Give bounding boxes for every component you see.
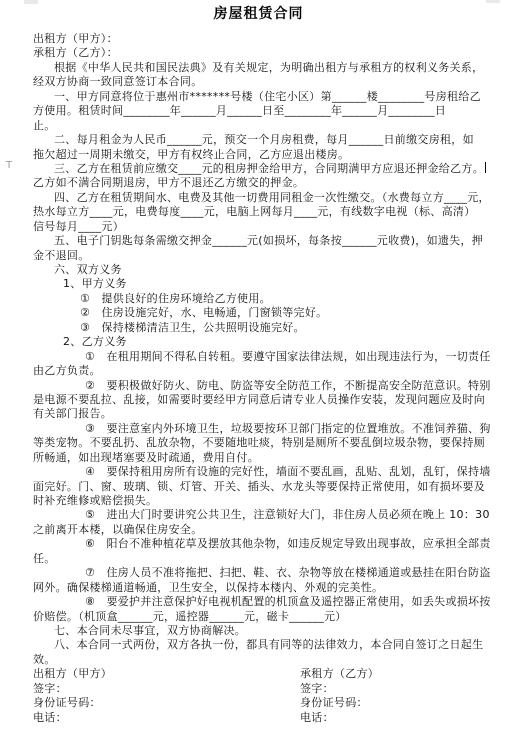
party-a-signature-field: 电话： — [33, 711, 300, 725]
party-b-signature-field: 承租方（乙方） — [300, 667, 379, 681]
text-line[interactable]: ⑦ 住房人员不准将拖把、扫把、鞋、衣、杂物等放在楼梯通道或悬挂在阳台防盗 — [33, 566, 487, 580]
party-b-signature-field: 电话： — [300, 711, 334, 725]
line-text: ⑤ 进出大门时要讲究公共卫生，注意锁好大门，非住房人员必须在晚上 10：30 — [85, 508, 490, 521]
line-text: 出租方（甲方）： — [33, 32, 118, 45]
text-line[interactable]: 金不退回。 — [33, 249, 487, 263]
text-line[interactable]: ④ 要保持租用房所有设施的完好性，墙面不要乱画，乱贴、乱划，乱钉，保持墙 — [33, 465, 487, 479]
party-a-signature-field: 出租方（甲方） — [33, 667, 300, 681]
text-line[interactable]: 是电源不要乱拉、乱接，如需要时要经甲方同意后请专业人员操作安装，发现问题应及时向 — [33, 393, 487, 407]
text-line[interactable]: 出租方（甲方）： — [33, 32, 487, 46]
text-line[interactable]: ② 住房设施完好，水、电畅通，门窗锁等完好。 — [33, 306, 487, 320]
text-line[interactable]: 网外。确保楼梯通道畅通，卫生安全，以保持本楼内、外观的完美性。 — [33, 581, 487, 595]
line-text: 根据《中华人民共和国民法典》及有关规定，为明确出租方与承租方的权利义务关系， — [54, 61, 483, 74]
line-text: 等类宠物。不要乱扔、乱放杂物，不要随地吐痰，特别是厕所不要乱倒垃圾杂物，要保持厕 — [33, 436, 485, 449]
line-text: 七、本合同未尽事宜，双方协商解决。 — [54, 624, 246, 637]
line-text: ⑧ 要爱护并注意保护好电视机配置的机顶盒及遥控器正常使用，如丢失或损坏按 — [85, 595, 491, 608]
line-text: ⑥ 阳台不准种植花草及摆放其他杂物，如违反规定导致出现事故，应承担全部责 — [85, 537, 491, 550]
line-text: 信号每月____元） — [33, 220, 124, 233]
signature-line[interactable]: 签字：签字： — [33, 682, 487, 696]
signature-line[interactable]: 出租方（甲方）承租方（乙方） — [33, 667, 487, 681]
text-line[interactable]: 有关部门报告。 — [33, 407, 487, 421]
party-a-signature-field: 身份证号码： — [33, 696, 300, 710]
document-body[interactable]: 出租方（甲方）：承租方（乙方）：根据《中华人民共和国民法典》及有关规定，为明确出… — [33, 32, 487, 725]
text-line[interactable]: 任。 — [33, 552, 487, 566]
line-text: 经双方协商一致同意签订本合同。 — [33, 75, 203, 88]
line-text: 止。 — [33, 119, 56, 132]
line-text: 由乙方负责。 — [33, 364, 101, 377]
line-text: ① 提供良好的住房环境给乙方使用。 — [80, 292, 271, 305]
line-text: 拖欠超过一周期未缴交，甲方有权终止合同，乙方应退出楼房。 — [33, 148, 349, 161]
line-text: 方使用。租赁时间________年______月______日至________… — [33, 104, 446, 117]
line-text: 1、甲方义务 — [63, 277, 127, 290]
document-title[interactable]: 房屋租赁合同 — [0, 4, 517, 24]
line-text: 之前离开本楼，以确保住房安全。 — [33, 523, 203, 536]
text-line[interactable]: 方使用。租赁时间________年______月______日至________… — [33, 104, 487, 118]
line-text: 乙方如不满合同期退房，甲方不退还乙方缴交的押金。 — [33, 176, 304, 189]
text-line[interactable]: 根据《中华人民共和国民法典》及有关规定，为明确出租方与承租方的权利义务关系， — [33, 61, 487, 75]
text-line[interactable]: 热水每立方____元，电费每度____元，电脑上网每月____元，有线数字电视（… — [33, 205, 487, 219]
line-text: ④ 要保持租用房所有设施的完好性，墙面不要乱画，乱贴、乱划，乱钉，保持墙 — [85, 465, 491, 478]
text-line[interactable]: 经双方协商一致同意签订本合同。 — [33, 75, 487, 89]
text-line[interactable]: 价赔偿。（机顶盒______元，遥控器______元，磁卡______元） — [33, 610, 487, 624]
text-cursor — [485, 162, 486, 173]
line-text: 五、电子门钥匙每条需缴交押金______元(如损坏，每条按______元收费)，… — [54, 234, 483, 247]
text-line[interactable]: 效。 — [33, 653, 487, 667]
line-text: 效。 — [33, 653, 56, 666]
text-line[interactable]: 承租方（乙方）： — [33, 46, 487, 60]
text-line[interactable]: ⑧ 要爱护并注意保护好电视机配置的机顶盒及遥控器正常使用，如丢失或损坏按 — [33, 595, 487, 609]
text-line[interactable]: 三、乙方在租赁前应缴交____元的租房押金给甲方，合同期满甲方应退还押金给乙方。 — [33, 162, 487, 176]
party-a-signature-field: 签字： — [33, 682, 300, 696]
line-text: 六、双方义务 — [54, 263, 122, 276]
text-line[interactable]: 2、乙方义务 — [33, 335, 487, 349]
text-line[interactable]: ② 要积极做好防火、防电、防盗等安全防范工作，不断提高安全防范意识。特别 — [33, 379, 487, 393]
line-text: 面完好。门、窗、玻璃、锁、灯管、开关、插头、水龙头等要保持正常使用，如有损坏要及 — [33, 480, 485, 493]
document-page[interactable]: T 房屋租赁合同 出租方（甲方）：承租方（乙方）：根据《中华人民共和国民法典》及… — [0, 0, 517, 742]
line-text: 是电源不要乱拉、乱接，如需要时要经甲方同意后请专业人员操作安装，发现问题应及时向 — [33, 393, 485, 406]
party-b-signature-field: 身份证号码： — [300, 696, 368, 710]
text-line[interactable]: 五、电子门钥匙每条需缴交押金______元(如损坏，每条按______元收费)，… — [33, 234, 487, 248]
text-line[interactable]: ③ 保持楼梯清洁卫生，公共照明设施完好。 — [33, 321, 487, 335]
text-line[interactable]: 四、乙方在租赁期间水、电费及其他一切费用同租金一次性缴交。（水费每立方____元… — [33, 191, 487, 205]
margin-marker-t: T — [6, 159, 20, 173]
line-text: 价赔偿。（机顶盒______元，遥控器______元，磁卡______元） — [33, 610, 347, 623]
line-text: ③ 保持楼梯清洁卫生，公共照明设施完好。 — [80, 321, 305, 334]
line-text: ③ 要注意室内外环境卫生，垃圾要按环卫部门指定的位置堆放。不准饲养猫、狗 — [85, 422, 491, 435]
text-line[interactable]: 止。 — [33, 119, 487, 133]
text-line[interactable]: ① 在租用期间不得私自转租。要遵守国家法律法规，如出现违法行为，一切责任 — [33, 350, 487, 364]
signature-line[interactable]: 电话：电话： — [33, 711, 487, 725]
line-text: 四、乙方在租赁期间水、电费及其他一切费用同租金一次性缴交。（水费每立方____元… — [54, 191, 490, 204]
line-text: 三、乙方在租赁前应缴交____元的租房押金给甲方，合同期满甲方应退还押金给乙方。 — [54, 162, 484, 175]
text-line[interactable]: 时补充维修或赔偿损失。 — [33, 494, 487, 508]
line-text: ② 住房设施完好，水、电畅通，门窗锁等完好。 — [80, 306, 327, 319]
line-text: ⑦ 住房人员不准将拖把、扫把、鞋、衣、杂物等放在楼梯通道或悬挂在阳台防盗 — [85, 566, 491, 579]
line-text: 网外。确保楼梯通道畅通，卫生安全，以保持本楼内、外观的完美性。 — [33, 581, 383, 594]
text-line[interactable]: ⑤ 进出大门时要讲究公共卫生，注意锁好大门，非住房人员必须在晚上 10：30 — [33, 508, 487, 522]
text-line[interactable]: 之前离开本楼，以确保住房安全。 — [33, 523, 487, 537]
text-line[interactable]: ⑥ 阳台不准种植花草及摆放其他杂物，如违反规定导致出现事故，应承担全部责 — [33, 537, 487, 551]
text-line[interactable]: 八、本合同一式两份，双方各执一份，都具有同等的法律效力，本合同自签订之日起生 — [33, 638, 487, 652]
text-line[interactable]: 由乙方负责。 — [33, 364, 487, 378]
line-text: 有关部门报告。 — [33, 407, 112, 420]
cropped-ui-fragment-left — [24, 0, 38, 4]
line-text: 热水每立方____元，电费每度____元，电脑上网每月____元，有线数字电视（… — [33, 205, 476, 218]
line-text: 金不退回。 — [33, 249, 90, 262]
text-line[interactable]: 信号每月____元） — [33, 220, 487, 234]
text-line[interactable]: 七、本合同未尽事宜，双方协商解决。 — [33, 624, 487, 638]
line-text: 任。 — [33, 552, 56, 565]
line-text: 八、本合同一式两份，双方各执一份，都具有同等的法律效力，本合同自签订之日起生 — [54, 638, 483, 651]
party-b-signature-field: 签字： — [300, 682, 334, 696]
text-line[interactable]: 一、甲方同意将位于惠州市*******号楼（住宅小区）第______楼_____… — [33, 90, 487, 104]
line-text: 2、乙方义务 — [63, 335, 127, 348]
text-line[interactable]: 等类宠物。不要乱扔、乱放杂物，不要随地吐痰，特别是厕所不要乱倒垃圾杂物，要保持厕 — [33, 436, 487, 450]
cropped-ui-fragment-right — [486, 0, 500, 3]
line-text: 二、每月租金为人民币______元，预交一个月房租费，每月______日前缴交房… — [54, 133, 474, 146]
line-text: 时补充维修或赔偿损失。 — [33, 494, 157, 507]
text-line[interactable]: ① 提供良好的住房环境给乙方使用。 — [33, 292, 487, 306]
text-line[interactable]: ③ 要注意室内外环境卫生，垃圾要按环卫部门指定的位置堆放。不准饲养猫、狗 — [33, 422, 487, 436]
text-line[interactable]: 面完好。门、窗、玻璃、锁、灯管、开关、插头、水龙头等要保持正常使用，如有损坏要及 — [33, 480, 487, 494]
text-line[interactable]: 六、双方义务 — [33, 263, 487, 277]
line-text: ① 在租用期间不得私自转租。要遵守国家法律法规，如出现违法行为，一切责任 — [85, 350, 491, 363]
line-text: 所畅通，如出现堵塞要及时疏通，费用自付。 — [33, 451, 259, 464]
line-text: ② 要积极做好防火、防电、防盗等安全防范工作，不断提高安全防范意识。特别 — [85, 379, 491, 392]
text-line[interactable]: 拖欠超过一周期未缴交，甲方有权终止合同，乙方应退出楼房。 — [33, 148, 487, 162]
line-text: 一、甲方同意将位于惠州市*******号楼（住宅小区）第______楼_____… — [54, 90, 481, 103]
text-line[interactable]: 二、每月租金为人民币______元，预交一个月房租费，每月______日前缴交房… — [33, 133, 487, 147]
text-line[interactable]: 1、甲方义务 — [33, 277, 487, 291]
text-line[interactable]: 乙方如不满合同期退房，甲方不退还乙方缴交的押金。 — [33, 176, 487, 190]
line-text: 承租方（乙方）： — [33, 46, 118, 59]
text-line[interactable]: 所畅通，如出现堵塞要及时疏通，费用自付。 — [33, 451, 487, 465]
signature-line[interactable]: 身份证号码：身份证号码： — [33, 696, 487, 710]
